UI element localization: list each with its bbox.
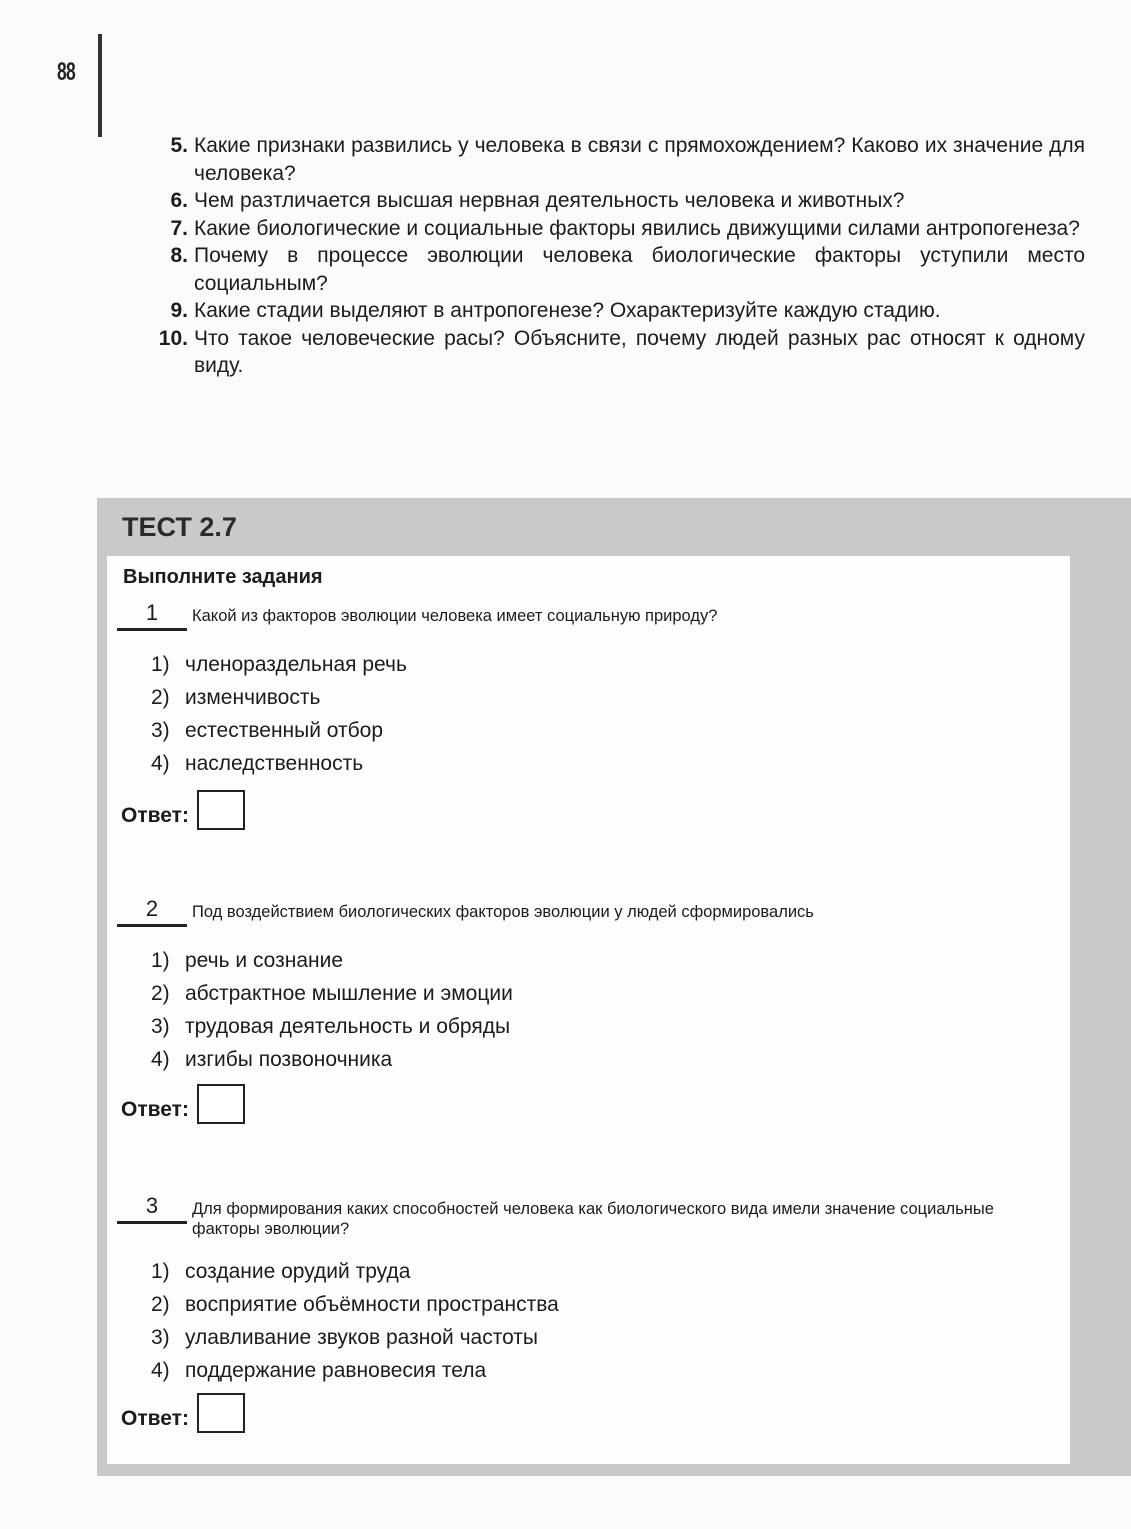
task-number: 2 <box>137 896 167 922</box>
question-text: Почему в процессе эволюции человека биол… <box>194 242 1085 297</box>
task-question: Какой из факторов эволюции человека имее… <box>192 606 1062 626</box>
answer-box[interactable] <box>197 1084 245 1124</box>
review-question: 9. Какие стадии выделяют в антропогенезе… <box>140 297 1085 325</box>
answer-option: 4)изгибы позвоночника <box>151 1043 513 1076</box>
task-number: 3 <box>137 1193 167 1219</box>
task-question: Под воздействием биологических факторов … <box>192 902 1062 922</box>
review-questions-list: 5. Какие признаки развились у человека в… <box>140 132 1085 380</box>
review-question: 7. Какие биологические и социальные факт… <box>140 215 1085 243</box>
task-question: Для формирования каких способностей чело… <box>192 1199 1062 1239</box>
page-margin-rule <box>98 34 102 137</box>
answer-box[interactable] <box>197 1393 245 1433</box>
answer-row: Ответ: <box>121 790 245 830</box>
question-number: 7. <box>140 215 194 243</box>
answer-options: 1)создание орудий труда 2)восприятие объ… <box>151 1255 559 1387</box>
review-question: 10. Что такое человеческие расы? Объясни… <box>140 325 1085 380</box>
answer-option: 1)членораздельная речь <box>151 648 407 681</box>
test-title: ТЕСТ 2.7 <box>122 512 237 543</box>
task-number: 1 <box>137 600 167 626</box>
answer-options: 1)членораздельная речь 2)изменчивость 3)… <box>151 648 407 780</box>
test-section: ТЕСТ 2.7 Выполните задания 1 Какой из фа… <box>97 498 1131 1476</box>
page-number: 88 <box>57 58 75 87</box>
answer-option: 3)естественный отбор <box>151 714 407 747</box>
answer-option: 3)улавливание звуков разной частоты <box>151 1321 559 1354</box>
task-number-underline <box>117 628 187 631</box>
answer-row: Ответ: <box>121 1393 245 1433</box>
answer-option: 1)создание орудий труда <box>151 1255 559 1288</box>
test-header: ТЕСТ 2.7 <box>97 498 1131 556</box>
question-text: Какие биологические и социальные факторы… <box>194 215 1085 243</box>
answer-option: 2)абстрактное мышление и эмоции <box>151 977 513 1010</box>
question-number: 6. <box>140 187 194 215</box>
answer-box[interactable] <box>197 790 245 830</box>
answer-label: Ответ: <box>121 1098 189 1124</box>
answer-option: 3)трудовая деятельность и обряды <box>151 1010 513 1043</box>
question-number: 5. <box>140 132 194 187</box>
review-question: 8. Почему в процессе эволюции человека б… <box>140 242 1085 297</box>
answer-option: 2)изменчивость <box>151 681 407 714</box>
answer-options: 1)речь и сознание 2)абстрактное мышление… <box>151 944 513 1076</box>
test-body: Выполните задания 1 Какой из факторов эв… <box>107 556 1070 1464</box>
answer-label: Ответ: <box>121 804 189 830</box>
answer-row: Ответ: <box>121 1084 245 1124</box>
answer-option: 4)поддержание равновесия тела <box>151 1354 559 1387</box>
answer-option: 1)речь и сознание <box>151 944 513 977</box>
answer-label: Ответ: <box>121 1407 189 1433</box>
question-text: Что такое человеческие расы? Объясните, … <box>194 325 1085 380</box>
question-text: Какие признаки развились у человека в св… <box>194 132 1085 187</box>
answer-option: 2)восприятие объёмности пространства <box>151 1288 559 1321</box>
review-question: 5. Какие признаки развились у человека в… <box>140 132 1085 187</box>
question-text: Чем разтличается высшая нервная деятельн… <box>194 187 1085 215</box>
question-number: 10. <box>140 325 194 380</box>
question-number: 9. <box>140 297 194 325</box>
question-number: 8. <box>140 242 194 297</box>
task-number-underline <box>117 924 187 927</box>
question-text: Какие стадии выделяют в антропогенезе? О… <box>194 297 1085 325</box>
test-instructions: Выполните задания <box>123 566 323 589</box>
answer-option: 4)наследственность <box>151 747 407 780</box>
task-number-underline <box>117 1221 187 1224</box>
review-question: 6. Чем разтличается высшая нервная деяте… <box>140 187 1085 215</box>
